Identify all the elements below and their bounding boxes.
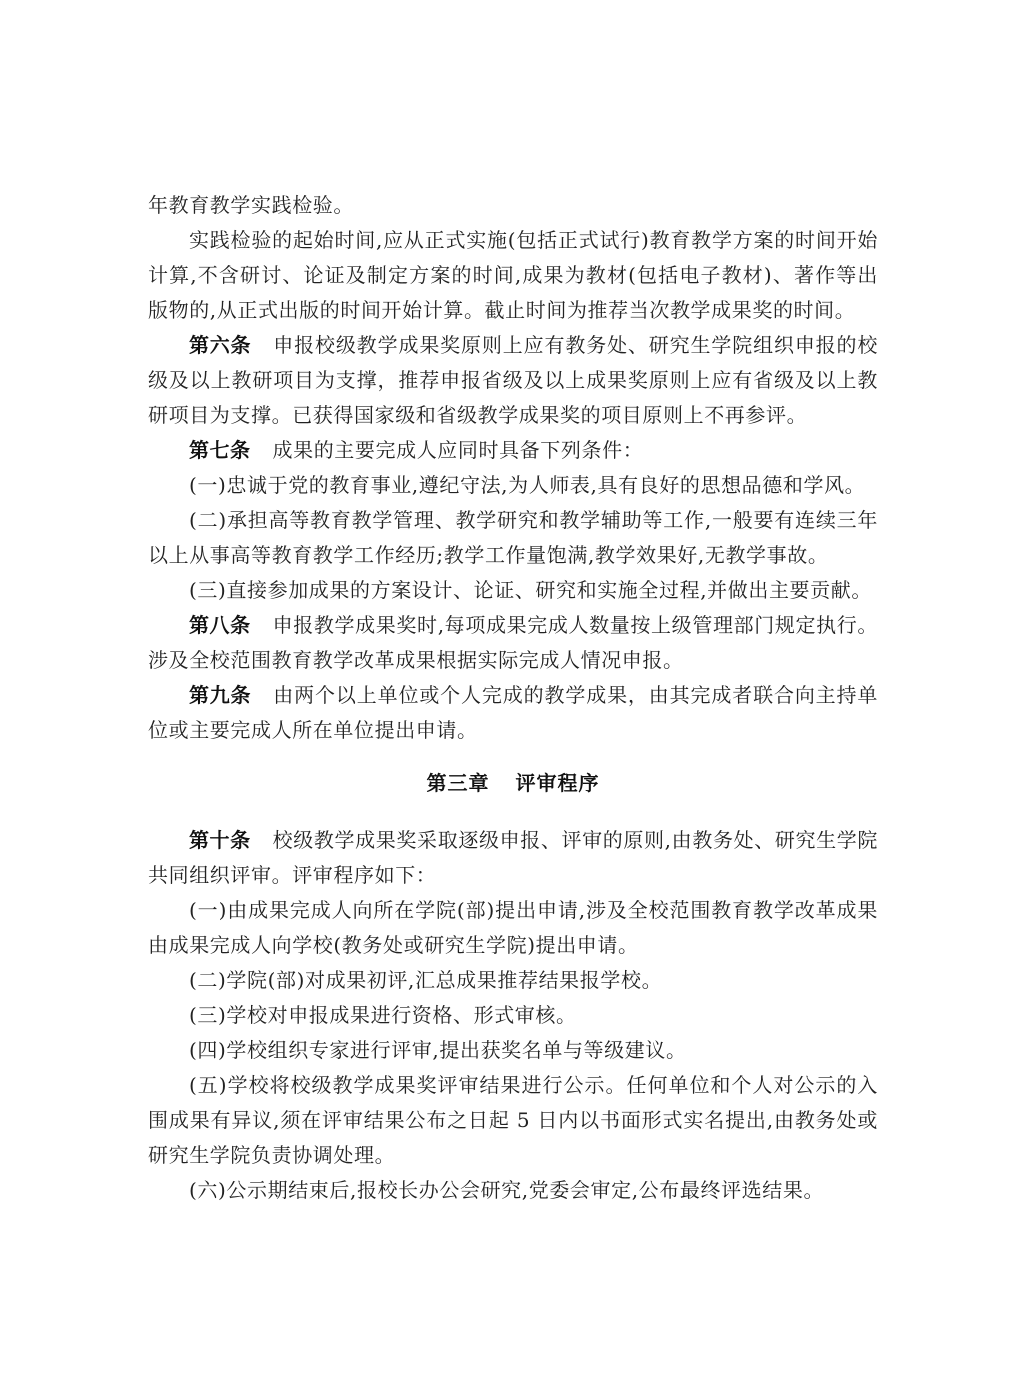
- article-10-item-3: (三)学校对申报成果进行资格、形式审核。: [148, 998, 878, 1033]
- chapter-number: 第三章: [427, 771, 490, 795]
- article-label: 第八条: [189, 613, 251, 637]
- article-10-item-6: (六)公示期结束后,报校长办公会研究,党委会审定,公布最终评选结果。: [148, 1173, 878, 1208]
- chapter-heading: 第三章评审程序: [148, 766, 878, 801]
- document-page: 年教育教学实践检验。 实践检验的起始时间,应从正式实施(包括正式试行)教育教学方…: [148, 188, 878, 1208]
- article-7-paragraph: 第七条成果的主要完成人应同时具备下列条件：: [148, 433, 878, 468]
- paragraph-text: 年教育教学实践检验。: [148, 193, 354, 217]
- paragraph-text: (一)忠诚于党的教育事业,遵纪守法,为人师表,具有良好的思想品德和学风。: [189, 473, 865, 497]
- paragraph-text: (五)学校将校级教学成果奖评审结果进行公示。任何单位和个人对公示的入围成果有异议…: [148, 1073, 878, 1167]
- paragraph-text: (三)学校对申报成果进行资格、形式审核。: [189, 1003, 577, 1027]
- article-9-paragraph: 第九条由两个以上单位或个人完成的教学成果，由其完成者联合向主持单位或主要完成人所…: [148, 678, 878, 748]
- article-7-item-1: (一)忠诚于党的教育事业,遵纪守法,为人师表,具有良好的思想品德和学风。: [148, 468, 878, 503]
- paragraph-text: (三)直接参加成果的方案设计、论证、研究和实施全过程,并做出主要贡献。: [189, 578, 872, 602]
- article-7-item-3: (三)直接参加成果的方案设计、论证、研究和实施全过程,并做出主要贡献。: [148, 573, 878, 608]
- article-10-item-2: (二)学院(部)对成果初评,汇总成果推荐结果报学校。: [148, 963, 878, 998]
- article-10-item-5: (五)学校将校级教学成果奖评审结果进行公示。任何单位和个人对公示的入围成果有异议…: [148, 1068, 878, 1173]
- paragraph-text: 成果的主要完成人应同时具备下列条件：: [273, 438, 644, 462]
- paragraph-text: (二)学院(部)对成果初评,汇总成果推荐结果报学校。: [189, 968, 662, 992]
- article-label: 第十条: [189, 828, 251, 852]
- practice-start-paragraph: 实践检验的起始时间,应从正式实施(包括正式试行)教育教学方案的时间开始计算,不含…: [148, 223, 878, 328]
- chapter-title: 评审程序: [516, 771, 600, 795]
- article-10-item-1: (一)由成果完成人向所在学院(部)提出申请,涉及全校范围教育教学改革成果由成果完…: [148, 893, 878, 963]
- continuation-paragraph: 年教育教学实践检验。: [148, 188, 878, 223]
- article-8-paragraph: 第八条申报教学成果奖时,每项成果完成人数量按上级管理部门规定执行。涉及全校范围教…: [148, 608, 878, 678]
- paragraph-text: 校级教学成果奖采取逐级申报、评审的原则,由教务处、研究生学院共同组织评审。评审程…: [148, 828, 878, 887]
- article-10-item-4: (四)学校组织专家进行评审,提出获奖名单与等级建议。: [148, 1033, 878, 1068]
- article-10-paragraph: 第十条校级教学成果奖采取逐级申报、评审的原则,由教务处、研究生学院共同组织评审。…: [148, 823, 878, 893]
- paragraph-text: (六)公示期结束后,报校长办公会研究,党委会审定,公布最终评选结果。: [189, 1178, 824, 1202]
- article-7-item-2: (二)承担高等教育教学管理、教学研究和教学辅助等工作,一般要有连续三年以上从事高…: [148, 503, 878, 573]
- paragraph-text: 申报教学成果奖时,每项成果完成人数量按上级管理部门规定执行。涉及全校范围教育教学…: [148, 613, 878, 672]
- paragraph-text: (四)学校组织专家进行评审,提出获奖名单与等级建议。: [189, 1038, 687, 1062]
- article-label: 第六条: [189, 333, 251, 357]
- article-6-paragraph: 第六条申报校级教学成果奖原则上应有教务处、研究生学院组织申报的校级及以上教研项目…: [148, 328, 878, 433]
- paragraph-text: (二)承担高等教育教学管理、教学研究和教学辅助等工作,一般要有连续三年以上从事高…: [148, 508, 878, 567]
- paragraph-text: (一)由成果完成人向所在学院(部)提出申请,涉及全校范围教育教学改革成果由成果完…: [148, 898, 878, 957]
- paragraph-text: 申报校级教学成果奖原则上应有教务处、研究生学院组织申报的校级及以上教研项目为支撑…: [148, 333, 878, 427]
- paragraph-text: 由两个以上单位或个人完成的教学成果，由其完成者联合向主持单位或主要完成人所在单位…: [148, 683, 878, 742]
- article-label: 第七条: [189, 438, 251, 462]
- article-label: 第九条: [189, 683, 251, 707]
- paragraph-text: 实践检验的起始时间,应从正式实施(包括正式试行)教育教学方案的时间开始计算,不含…: [148, 228, 878, 322]
